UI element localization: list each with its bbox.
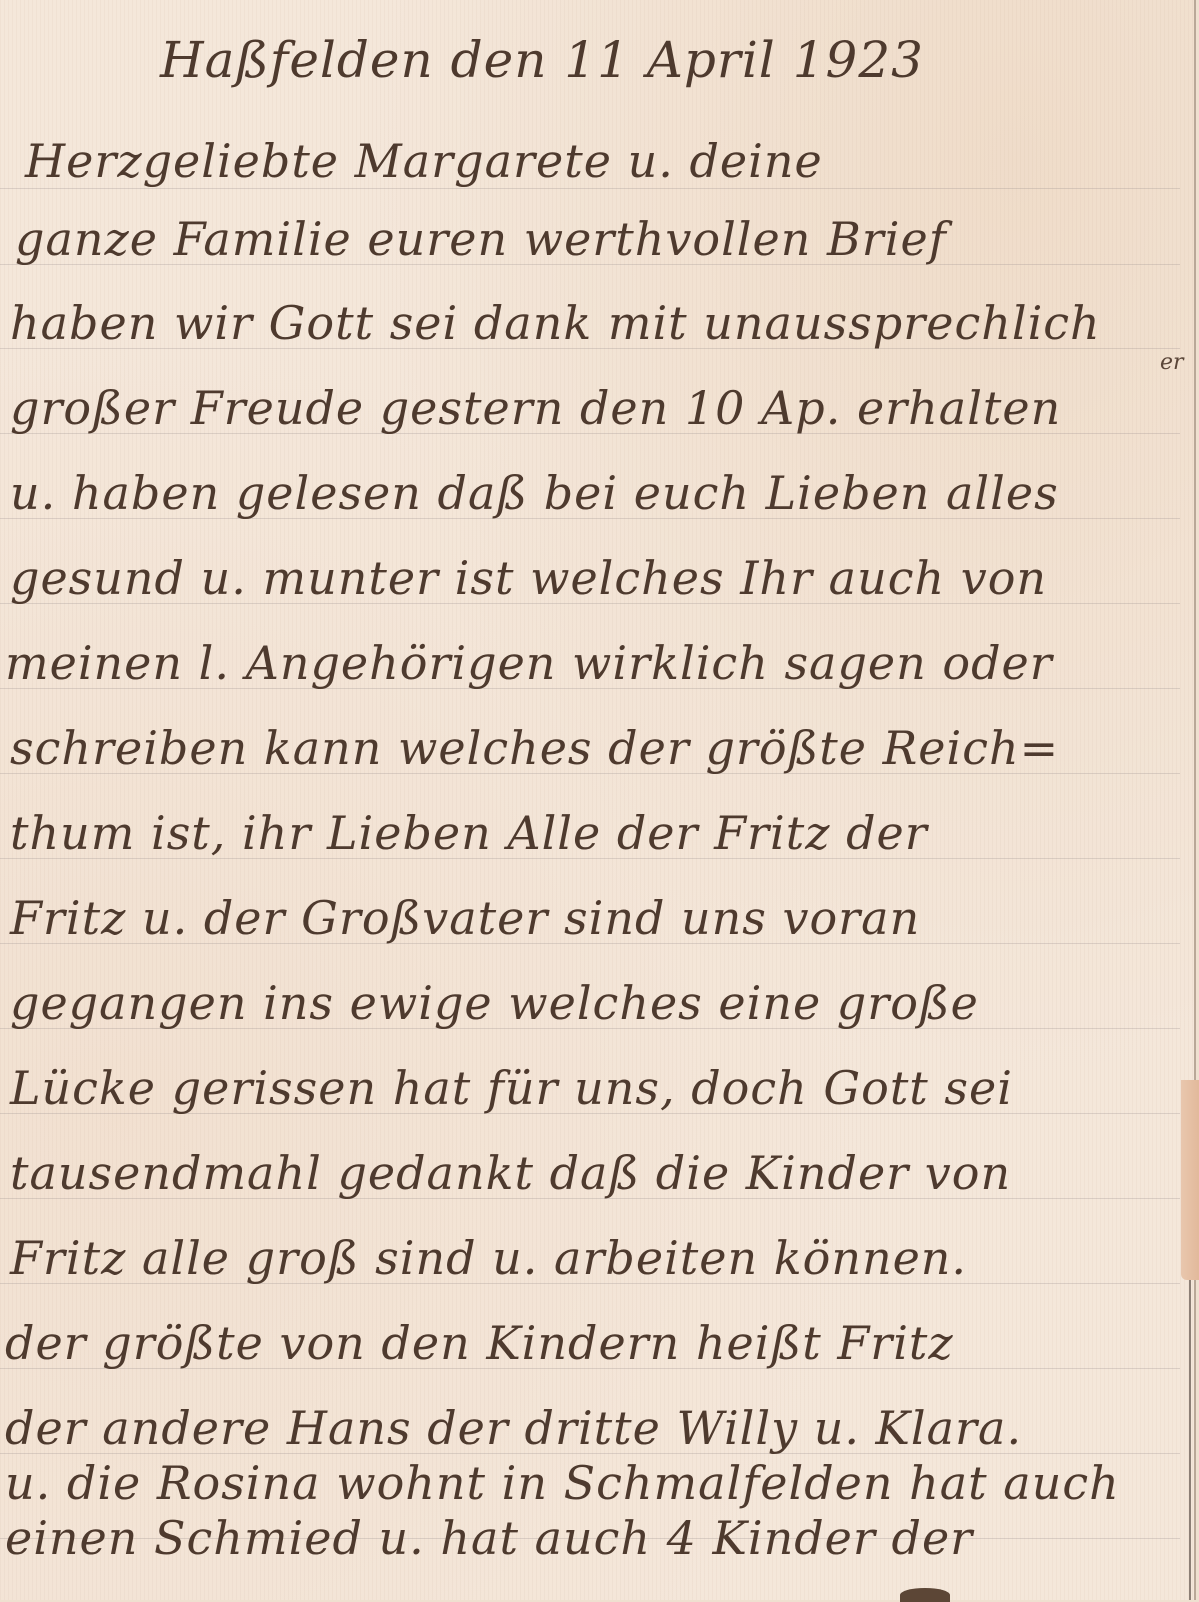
- letter-page: Haßfelden den 11 April 1923 Herzgeliebte…: [0, 0, 1196, 1600]
- letter-line-9: thum ist, ihr Lieben Alle der Fritz der: [10, 810, 928, 856]
- margin-note: er: [1160, 350, 1184, 375]
- letter-line-13: tausendmahl gedankt daß die Kinder von: [10, 1150, 1011, 1196]
- letter-line-10: Fritz u. der Großvater sind uns voran: [10, 895, 920, 941]
- letter-line-8: schreiben kann welches der größte Reich=: [10, 725, 1059, 771]
- letter-line-15: der größte von den Kindern heißt Fritz: [5, 1320, 954, 1366]
- letter-line-11: gegangen ins ewige welches eine große: [10, 980, 979, 1026]
- letter-line-14: Fritz alle groß sind u. arbeiten können.: [10, 1235, 967, 1281]
- letter-place-date: Haßfelden den 11 April 1923: [160, 35, 924, 85]
- letter-line-12: Lücke gerissen hat für uns, doch Gott se…: [10, 1065, 1013, 1111]
- letter-line-6: gesund u. munter ist welches Ihr auch vo…: [10, 555, 1047, 601]
- letter-line-16: der andere Hans der dritte Willy u. Klar…: [5, 1405, 1022, 1451]
- ink-stain: [900, 1588, 950, 1600]
- letter-line-4: großer Freude gestern den 10 Ap. erhalte…: [10, 385, 1061, 431]
- letter-line-3: haben wir Gott sei dank mit unaussprechl…: [10, 300, 1101, 346]
- letter-line-1: Herzgeliebte Margarete u. deine: [25, 138, 823, 184]
- ruled-line: [0, 188, 1180, 189]
- letter-line-18: einen Schmied u. hat auch 4 Kinder der: [5, 1515, 973, 1561]
- letter-line-7: meinen l. Angehörigen wirklich sagen ode…: [5, 640, 1053, 686]
- underlying-sheet-edge: [1189, 1280, 1191, 1600]
- letter-line-17: u. die Rosina wohnt in Schmalfelden hat …: [5, 1460, 1120, 1506]
- letter-line-5: u. haben gelesen daß bei euch Lieben all…: [10, 470, 1059, 516]
- letter-line-2: ganze Familie euren werthvollen Brief: [15, 216, 947, 262]
- underlying-sheet-tab: [1181, 1080, 1199, 1280]
